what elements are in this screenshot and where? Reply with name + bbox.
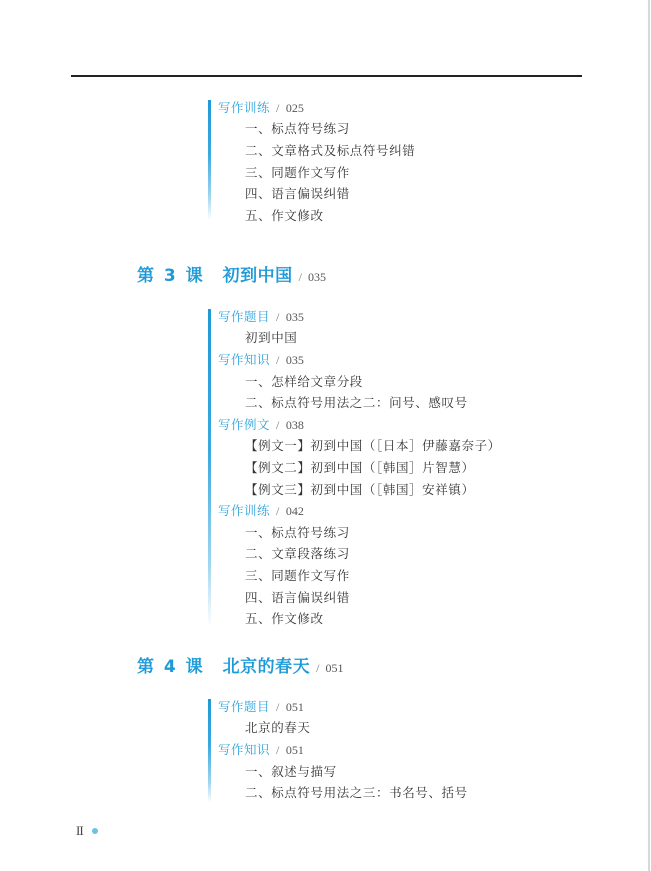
subheading-label: 写作训练 (218, 503, 270, 518)
toc-item[interactable]: 【例文三】初到中国（［韩国］安祥镇） (245, 482, 475, 498)
slash-separator: / (276, 418, 280, 432)
page-number: 035 (286, 353, 304, 367)
toc-item[interactable]: 一、标点符号练习 (245, 525, 350, 541)
slash-separator: / (276, 504, 280, 518)
toc-item[interactable]: 【例文一】初到中国（［日本］伊藤嘉奈子） (245, 438, 501, 454)
toc-subheading-writing-knowledge[interactable]: 写作知识/035 (218, 352, 304, 368)
page-number: 025 (286, 101, 304, 115)
page-edge-line (648, 0, 650, 871)
toc-item[interactable]: 一、怎样给文章分段 (245, 374, 363, 390)
toc-item[interactable]: 一、标点符号练习 (245, 121, 350, 137)
bullet-dot-icon (92, 828, 98, 834)
page-number: 035 (308, 270, 326, 284)
toc-item[interactable]: 五、作文修改 (245, 611, 324, 627)
page-number-label: II (76, 823, 83, 839)
toc-item[interactable]: 三、同题作文写作 (245, 568, 350, 584)
page-number: 051 (286, 743, 304, 757)
page-number: 035 (286, 310, 304, 324)
chapter-heading-lesson-4[interactable]: 第 4 课北京的春天/051 (137, 657, 344, 678)
page-number: 042 (286, 504, 304, 518)
section-accent-bar (208, 699, 211, 803)
subheading-label: 写作知识 (218, 742, 270, 757)
subheading-label: 写作训练 (218, 100, 270, 115)
page-footer: II (76, 823, 98, 839)
subheading-label: 写作题目 (218, 309, 270, 324)
toc-item[interactable]: 一、叙述与描写 (245, 764, 337, 780)
toc-subheading-writing-topic[interactable]: 写作题目/035 (218, 309, 304, 325)
header-rule (71, 75, 582, 77)
toc-subheading-writing-practice[interactable]: 写作训练/042 (218, 503, 304, 519)
toc-subheading-writing-knowledge[interactable]: 写作知识/051 (218, 742, 304, 758)
slash-separator: / (276, 310, 280, 324)
toc-item[interactable]: 四、语言偏误纠错 (245, 590, 350, 606)
slash-separator: / (276, 101, 280, 115)
toc-subheading-writing-practice[interactable]: 写作训练/025 (218, 100, 304, 116)
toc-subheading-writing-examples[interactable]: 写作例文/038 (218, 417, 304, 433)
chapter-title: 初到中国 (223, 266, 293, 286)
toc-item[interactable]: 五、作文修改 (245, 208, 324, 224)
subheading-label: 写作例文 (218, 417, 270, 432)
toc-item[interactable]: 二、文章格式及标点符号纠错 (245, 143, 415, 159)
slash-separator: / (276, 743, 280, 757)
toc-item[interactable]: 二、文章段落练习 (245, 546, 350, 562)
slash-separator: / (276, 353, 280, 367)
section-accent-bar (208, 309, 211, 627)
chapter-number: 第 4 课 (137, 657, 205, 677)
chapter-title: 北京的春天 (223, 657, 311, 677)
subheading-label: 写作知识 (218, 352, 270, 367)
section-accent-bar (208, 100, 211, 220)
page-number: 051 (286, 700, 304, 714)
toc-item[interactable]: 【例文二】初到中国（［韩国］片智慧） (245, 460, 475, 476)
toc-item[interactable]: 北京的春天 (245, 720, 311, 736)
page-number: 038 (286, 418, 304, 432)
toc-subheading-writing-topic[interactable]: 写作题目/051 (218, 699, 304, 715)
toc-item[interactable]: 三、同题作文写作 (245, 165, 350, 181)
slash-separator: / (276, 700, 280, 714)
chapter-heading-lesson-3[interactable]: 第 3 课初到中国/035 (137, 266, 326, 287)
page-number: 051 (326, 661, 344, 675)
toc-item[interactable]: 二、标点符号用法之三：书名号、括号 (245, 785, 468, 801)
toc-item[interactable]: 初到中国 (245, 330, 297, 346)
slash-separator: / (316, 661, 319, 675)
toc-item[interactable]: 四、语言偏误纠错 (245, 186, 350, 202)
toc-item[interactable]: 二、标点符号用法之二：问号、感叹号 (245, 395, 468, 411)
chapter-number: 第 3 课 (137, 266, 205, 286)
slash-separator: / (299, 270, 302, 284)
subheading-label: 写作题目 (218, 699, 270, 714)
